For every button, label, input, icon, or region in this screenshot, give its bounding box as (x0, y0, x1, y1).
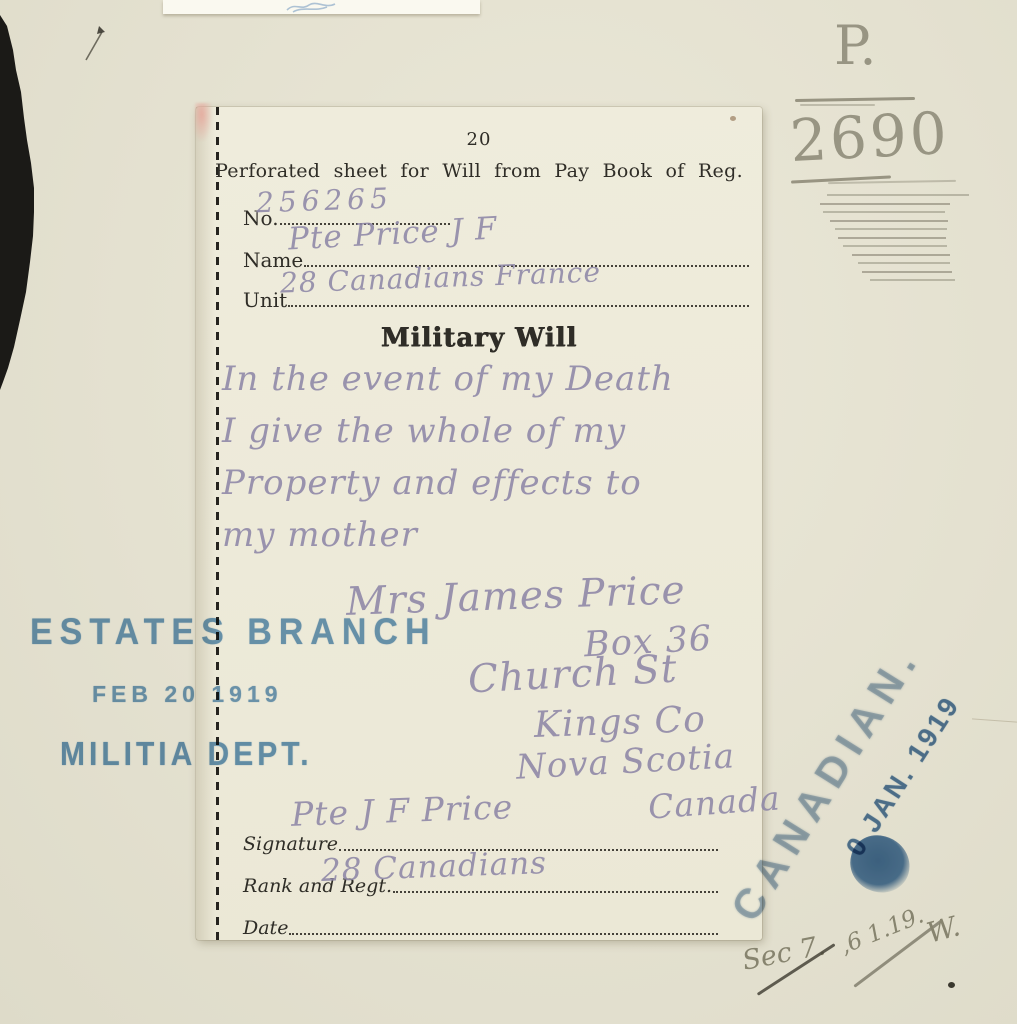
estates-branch-stamp-line1: ESTATES BRANCH (30, 611, 437, 654)
card-page-number: 20 (196, 129, 762, 150)
signature-field-label: Signature (243, 835, 338, 854)
beneficiary-line: Kings Co (533, 702, 706, 744)
blue-scribble (285, 0, 345, 13)
pencil-dot (948, 982, 955, 988)
beneficiary-line: Nova Scotia (515, 739, 736, 784)
estates-branch-stamp-line3: MILITIA DEPT. (60, 736, 313, 774)
will-text-line: In the event of my Death (222, 353, 747, 405)
crease-line (972, 718, 1017, 722)
perforation-dotted-line (216, 107, 219, 940)
no-field-value: 256265 (256, 185, 394, 218)
card-left-edge-shade (196, 107, 216, 940)
pencil-dart-mark (82, 24, 108, 62)
signature-value: Pte J F Price (290, 790, 513, 831)
pencil-note-date: ,6 1.19. (836, 903, 927, 960)
date-dotted-line (289, 933, 718, 935)
estates-branch-stamp-line2: FEB 20 1919 (92, 681, 283, 708)
will-text-line: Property and effects to (222, 457, 747, 509)
paper-speck (730, 116, 736, 121)
pencil-note-initial: W. (923, 909, 963, 949)
rank-dotted-line (393, 891, 718, 893)
torn-paper-edge (0, 0, 60, 400)
beneficiary-line: Canada (647, 781, 782, 823)
unit-field-dotted-line (288, 305, 749, 307)
will-card: 20 Perforated sheet for Will from Pay Bo… (196, 107, 762, 940)
will-text-line: I give the whole of my (222, 405, 747, 457)
pencil-file-number: 2690 (788, 99, 951, 175)
card-title: Perforated sheet for Will from Pay Book … (196, 160, 762, 182)
date-field-label: Date (243, 919, 288, 938)
rank-value: 28 Canadians (321, 848, 548, 887)
military-will-heading: Military Will (196, 323, 762, 353)
pencil-file-letter: P. (834, 14, 877, 77)
scanned-document-page: 20 Perforated sheet for Will from Pay Bo… (0, 0, 1017, 1024)
pencil-hatching (815, 194, 965, 288)
beneficiary-line: Church St (467, 650, 678, 700)
will-text-block: In the event of my Death I give the whol… (222, 353, 747, 561)
will-text-line: my mother (222, 509, 747, 561)
date-field-row: Date (243, 912, 718, 938)
